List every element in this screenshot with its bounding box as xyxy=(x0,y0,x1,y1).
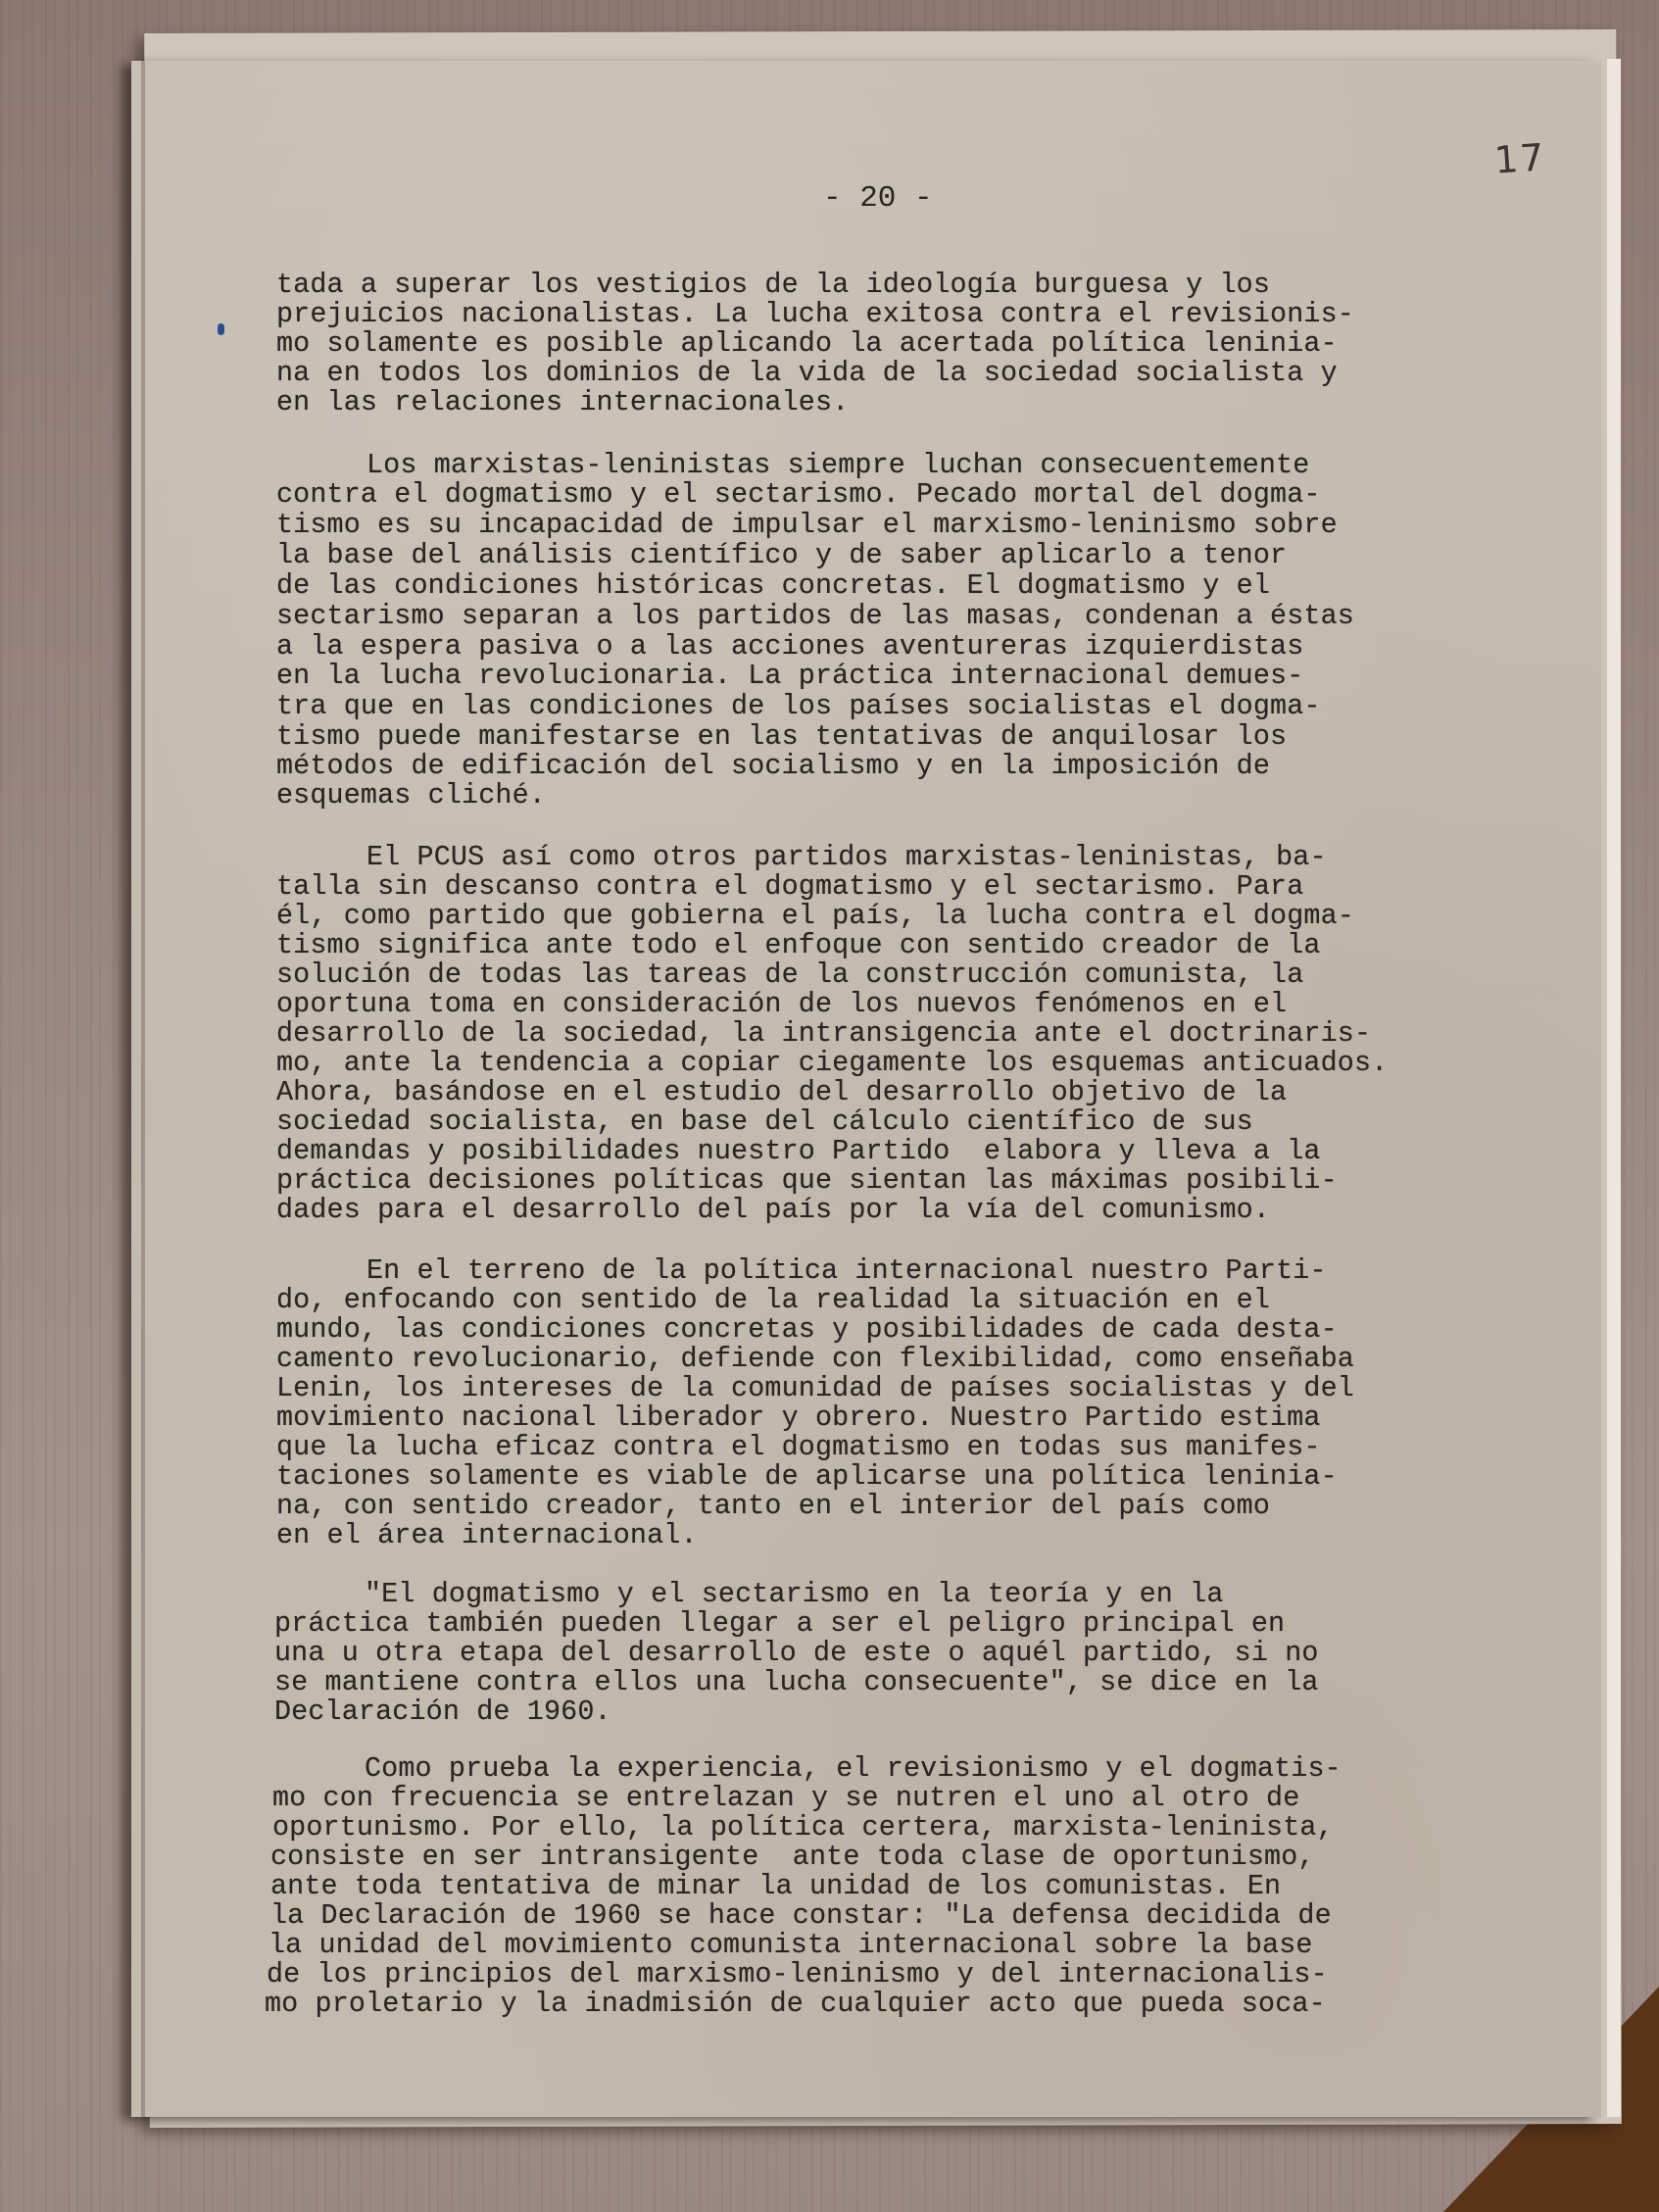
text-line: solución de todas las tareas de la const… xyxy=(276,960,1303,990)
text-line: ante toda tentativa de minar la unidad d… xyxy=(270,1872,1281,1901)
ink-mark xyxy=(218,323,224,335)
text-line: métodos de edificación del socialismo y … xyxy=(276,752,1270,781)
text-line: práctica también pueden llegar a ser el … xyxy=(274,1609,1285,1639)
text-line: dades para el desarrollo del país por la… xyxy=(276,1196,1270,1225)
text-line: la base del análisis científico y de sab… xyxy=(276,541,1287,570)
text-line: la Declaración de 1960 se hace constar: … xyxy=(270,1901,1332,1931)
text-line: prejuicios nacionalistas. La lucha exito… xyxy=(276,300,1354,329)
text-line: mo proletario y la inadmisión de cualqui… xyxy=(265,1990,1326,2019)
text-line: se mantiene contra ellos una lucha conse… xyxy=(274,1668,1319,1697)
text-line: Los marxistas-leninistas siempre luchan … xyxy=(366,451,1309,480)
text-line: sectarismo separan a los partidos de las… xyxy=(276,602,1354,631)
text-line: contra el dogmatismo y el sectarismo. Pe… xyxy=(276,480,1321,510)
text-line: esquemas cliché. xyxy=(276,781,546,811)
text-line: talla sin descanso contra el dogmatismo … xyxy=(276,872,1303,902)
text-line: él, como partido que gobierna el país, l… xyxy=(276,902,1354,931)
text-line: "El dogmatismo y el sectarismo en la teo… xyxy=(365,1580,1224,1609)
text-line: la unidad del movimiento comunista inter… xyxy=(268,1931,1313,1960)
text-line: a la espera pasiva o a las acciones aven… xyxy=(276,632,1303,662)
text-line: Como prueba la experiencia, el revisioni… xyxy=(365,1754,1342,1784)
text-line: oportuna toma en consideración de los nu… xyxy=(276,990,1287,1019)
text-line: en la lucha revolucionaria. La práctica … xyxy=(276,662,1303,691)
text-line: desarrollo de la sociedad, la intransige… xyxy=(276,1019,1371,1049)
text-line: camento revolucionario, defiende con fle… xyxy=(276,1345,1354,1374)
text-line: oportunismo. Por ello, la política certe… xyxy=(272,1813,1334,1843)
text-line: sociedad socialista, en base del cálculo… xyxy=(276,1107,1253,1137)
text-line: consiste en ser intransigente ante toda … xyxy=(270,1843,1315,1872)
handwritten-folio-number: 17 xyxy=(1493,135,1547,182)
text-line: que la lucha eficaz contra el dogmatismo… xyxy=(276,1433,1321,1462)
text-line: tismo significa ante todo el enfoque con… xyxy=(276,931,1321,960)
text-line: de los principios del marxismo-leninismo… xyxy=(267,1960,1328,1990)
page-number: - 20 - xyxy=(823,181,933,216)
text-line: movimiento nacional liberador y obrero. … xyxy=(276,1403,1321,1433)
underlying-sheet-edge xyxy=(1607,59,1621,2117)
text-line: en las relaciones internacionales. xyxy=(276,388,849,418)
text-line: mo con frecuencia se entrelazan y se nut… xyxy=(272,1784,1299,1813)
text-line: tismo puede manifestarse en las tentativ… xyxy=(276,722,1287,752)
text-line: tismo es su incapacidad de impulsar el m… xyxy=(276,511,1338,540)
text-line: de las condiciones históricas concretas.… xyxy=(276,571,1270,601)
text-line: mo, ante la tendencia a copiar ciegament… xyxy=(276,1049,1388,1078)
text-line: Declaración de 1960. xyxy=(274,1697,611,1727)
text-line: na en todos los dominios de la vida de l… xyxy=(276,359,1338,388)
text-line: Lenin, los intereses de la comunidad de … xyxy=(276,1374,1354,1403)
text-line: una u otra etapa del desarrollo de este … xyxy=(274,1639,1319,1668)
text-line: mo solamente es posible aplicando la ace… xyxy=(276,329,1338,359)
text-line: na, con sentido creador, tanto en el int… xyxy=(276,1492,1270,1521)
text-line: en el área internacional. xyxy=(276,1521,698,1550)
text-line: tra que en las condiciones de los países… xyxy=(276,692,1321,721)
text-line: taciones solamente es viable de aplicars… xyxy=(276,1462,1338,1492)
text-line: En el terreno de la política internacion… xyxy=(366,1256,1327,1286)
text-line: do, enfocando con sentido de la realidad… xyxy=(276,1286,1270,1315)
text-line: práctica decisiones políticas que sienta… xyxy=(276,1166,1338,1196)
text-line: El PCUS así como otros partidos marxista… xyxy=(366,843,1327,872)
text-line: Ahora, basándose en el estudio del desar… xyxy=(276,1078,1287,1107)
text-line: demandas y posibilidades nuestro Partido… xyxy=(276,1137,1321,1166)
text-line: tada a superar los vestigios de la ideol… xyxy=(276,270,1270,300)
text-line: mundo, las condiciones concretas y posib… xyxy=(276,1315,1338,1345)
